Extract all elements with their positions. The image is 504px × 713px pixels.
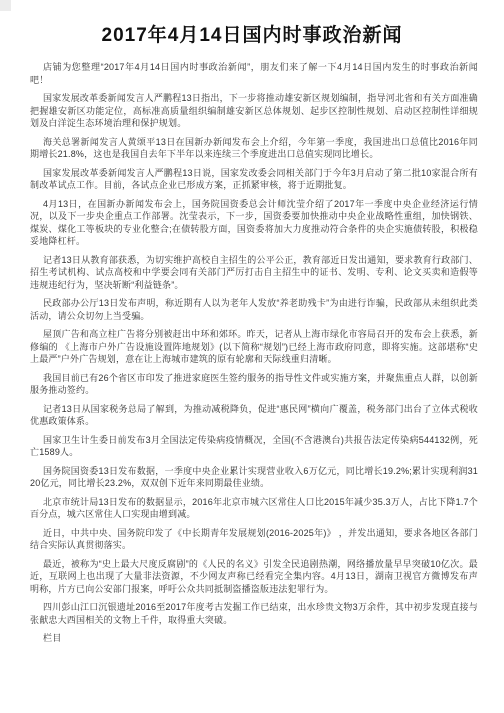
paragraph: 民政部办公厅13日发布声明，称近期有人以为老年人发放“养老助残卡”为由进行诈骗，…: [30, 297, 478, 322]
paragraph: 国务院国资委13日发布数据，一季度中央企业累计实现营业收入6万亿元，同比增长19…: [30, 465, 478, 490]
paragraph: 记者13日从国家税务总局了解到，为推动减税降负，促进“惠民网”横向广覆盖，税务部…: [30, 403, 478, 428]
scan-artifact: [0, 0, 11, 11]
paragraph: 店铺为您整理“2017年4月14日国内时事政治新闻”，朋友们来了解一下4月14日…: [30, 61, 478, 86]
paragraph: 国家卫生计生委日前发布3月全国法定传染病疫情概况，全国(不含港澳台)共报告法定传…: [30, 434, 478, 459]
paragraph: 北京市统计局13日发布的数据显示，2016年北京市城六区常住人口比2015年减少…: [30, 496, 478, 521]
paragraph: 我国目前已有26个省区市印发了推进家庭医生签约服务的指导性文件或实施方案，并聚焦…: [30, 372, 478, 397]
paragraph: 4月13日，在国新办新闻发布会上，国务院国资委总会计师沈莹介绍了2017年一季度…: [30, 198, 478, 248]
paragraph: 四川彭山江口沉银遗址2016至2017年度考古发掘工作已结束，出水珍贵文物3万余…: [30, 601, 478, 626]
paragraph: 记者13日从教育部获悉，为切实维护高校自主招生的公平公正，教育部近日发出通知，要…: [30, 254, 478, 292]
paragraph: 国家发展改革委新闻发言人严鹏程13日指出，下一步将推动雄安新区规划编制，指导河北…: [30, 92, 478, 130]
article-body: 店铺为您整理“2017年4月14日国内时事政治新闻”，朋友们来了解一下4月14日…: [30, 61, 478, 645]
paragraph: 近日，中共中央、国务院印发了《中长期青年发展规划(2016-2025年)》 ，并…: [30, 527, 478, 552]
paragraph: 海关总署新闻发言人黄颂平13日在国新办新闻发布会上介绍，今年第一季度，我国进出口…: [30, 136, 478, 161]
paragraph: 最近，被称为“史上最大尺度反腐剧”的《人民的名义》引发全民追剧热潮，网络播放量早…: [30, 558, 478, 596]
article-title: 2017年4月14日国内时事政治新闻: [28, 24, 476, 48]
paragraph: 屋顶广告和高立柱广告将分别被赶出中环和郊环。昨天，记者从上海市绿化市容局召开的发…: [30, 328, 478, 366]
paragraph: 栏目: [30, 632, 478, 645]
document-page: 2017年4月14日国内时事政治新闻 店铺为您整理“2017年4月14日国内时事…: [0, 0, 504, 713]
paragraph: 国家发展改革委新闻发言人严鹏程13日说，国家发改委会同相关部门于今年3月启动了第…: [30, 167, 478, 192]
